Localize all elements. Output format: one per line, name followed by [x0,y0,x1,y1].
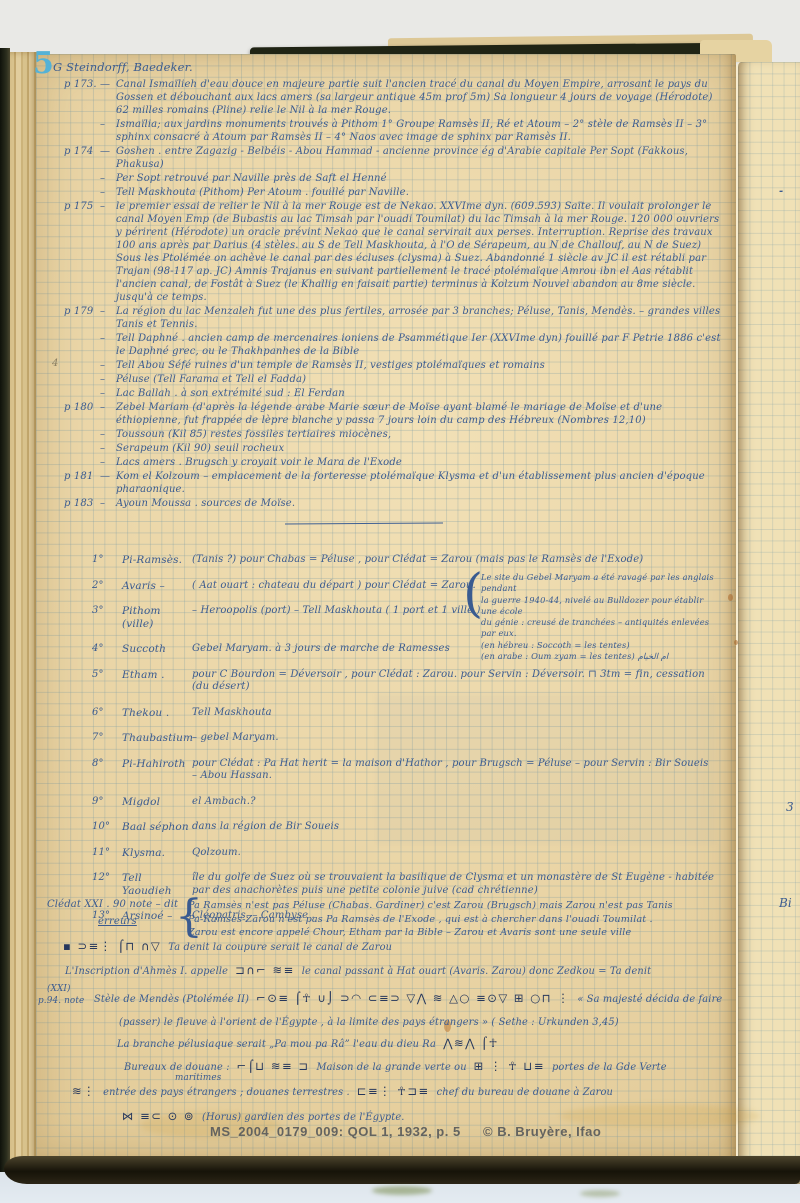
hiero-text: Stèle de Mendès (Ptolémée II) [94,994,249,1005]
note-text: Goshen . entre Zagazig - Belbéis - Abou … [116,145,724,171]
note-row: –Tell Daphné . ancien camp de mercenaire… [64,332,724,358]
note-page-ref: p 174 [64,145,100,171]
note-text: Lacs amers . Brugsch y croyait voir le M… [116,456,724,469]
note-row: p 183–Ayoun Moussa . sources de Moïse. [64,497,724,510]
note-row: –Tell Abou Séfé ruines d'un temple de Ra… [64,359,724,372]
page-header: G Steindorff, Baedeker. [53,60,193,74]
note-text: Zebel Mariam (d'après la légende arabe M… [116,401,724,427]
toponym-name: Succoth [122,643,192,656]
note-text: Per Sopt retrouvé par Naville près de Sa… [116,172,724,185]
cledat-line: Zarou est encore appelé Chour, Etham par… [188,926,728,940]
note-row: p 173.—Canal Ismaïlieh d'eau douce en ma… [64,78,724,117]
note-dash: – [100,373,116,386]
note-page-ref: p 179 [64,305,100,331]
margin-note: ( Le site du Gebel Maryam a été ravagé p… [473,572,721,662]
note-row: p 181—Kom el Kolzoum – emplacement de la… [64,470,724,496]
note-text: Tell Maskhouta (Pithom) Per Atoum . foui… [116,186,724,199]
cledat-intro: Clédat XXI . 90 note – dit [47,899,178,910]
toponym-name: Thaubastium [122,732,192,745]
note-text: le premier essai de relier le Nil à la m… [116,200,724,304]
cledat-line: Pa Ramsès n'est pas Péluse (Chabas. Gard… [188,899,728,913]
hieroglyph-group: ⋀≋⋀ ⌠☥ [443,1036,499,1050]
margin-note-line: du génie : creusé de tranchées – antiqui… [481,617,721,640]
note-row: –Lacs amers . Brugsch y croyait voir le … [64,456,724,469]
note-page-ref: p 183 [64,497,100,510]
hiero-text: Maison de la grande verte ou [316,1062,466,1073]
note-row: p 175–le premier essai de relier le Nil … [64,200,724,304]
note-text: Ayoun Moussa . sources de Moïse. [116,497,724,510]
toponym-row: 11°Klysma.Qolzoum. [92,847,716,860]
notebook-binding [0,48,10,1172]
toponym-number: 11° [92,847,122,860]
green-smudge [580,1190,620,1197]
notebook-page: G Steindorff, Baedeker. p 173.—Canal Ism… [36,54,736,1158]
note-dash: – [100,428,116,441]
rust-spot [734,640,738,645]
note-page-ref: p 180 [64,401,100,427]
note-row: p 179–La région du lac Menzaleh fut une … [64,305,724,331]
note-row: –Péluse (Tell Farama et Tell el Fadda) [64,373,724,386]
toponym-name: Thekou . [122,707,192,720]
toponym-name: Etham . [122,669,192,694]
margin-note-line: Le site du Gebel Maryam a été ravagé par… [481,572,721,595]
note-dash: – [100,172,116,185]
note-page-ref [64,387,100,400]
toponym-row: 1°Pi-Ramsès.(Tanis ?) pour Chabas = Pélu… [92,554,716,567]
note-page-ref [64,456,100,469]
hiero-text: portes de la Gde Verte [552,1062,667,1073]
cledat-lines: Pa Ramsès n'est pas Péluse (Chabas. Gard… [188,899,728,940]
note-dash: – [100,186,116,199]
toponym-number: 8° [92,758,122,783]
note-row: –Serapeum (Kil 90) seuil rocheux [64,442,724,455]
rust-spot [728,594,733,601]
note-text: Lac Ballah . à son extrémité sud : El Fe… [116,387,724,400]
maritimes-label: maritimes [175,1073,221,1083]
note-page-ref [64,172,100,185]
note-page-ref: p 181 [64,470,100,496]
note-page-ref: p 175 [64,200,100,304]
hiero-text: « Sa majesté décida de faire [577,994,722,1005]
note-text: Serapeum (Kil 90) seuil rocheux [116,442,724,455]
note-dash: – [100,497,116,510]
baedeker-notes: p 173.—Canal Ismaïlieh d'eau douce en ma… [64,78,724,511]
margin-note-line: la guerre 1940-44, nivelé au Bulldozer p… [481,595,721,618]
toponym-number: 1° [92,554,122,567]
note-dash: – [100,401,116,427]
note-page-ref [64,186,100,199]
note-dash: – [100,442,116,455]
page-stack-left-edge [10,52,38,1164]
green-smudge [372,1186,432,1195]
hiero-line: ≋⋮entrée des pays étrangers ; douanes te… [67,1085,615,1099]
hiero-text: Bureaux de douane : [124,1062,230,1073]
hiero-line: L'Inscription d'Ahmès I. appelle⊐∩⌐ ≋≡le… [63,964,653,978]
note-text: Tell Daphné . ancien camp de mercenaires… [116,332,724,358]
hiero-line: (passer) le fleuve à l'orient de l'Égypt… [117,1016,621,1029]
toponym-name: Migdol [122,796,192,809]
xxi-label: (XXI) [47,984,71,994]
note-text: Kom el Kolzoum – emplacement de la forte… [116,470,724,496]
toponym-number: 6° [92,707,122,720]
toponym-name: Avaris – [122,580,192,593]
margin-mark-right-dash: - [779,186,783,197]
note-page-ref [64,442,100,455]
note-row: –Ismaïlia; aux jardins monuments trouvés… [64,118,724,144]
hieroglyph-group: ⊞ ⋮ ☥ ⊔≡ [474,1059,545,1073]
hiero-text: (passer) le fleuve à l'orient de l'Égypt… [119,1017,619,1028]
note-dash: – [100,387,116,400]
caption-id: MS_2004_0179_009: QOL 1, 1932, p. 5 [210,1124,461,1139]
section-divider [285,522,443,524]
toponym-number: 10° [92,821,122,834]
note-text: Péluse (Tell Farama et Tell el Fadda) [116,373,724,386]
note-page-ref [64,332,100,358]
hieroglyph-group: ⌐⊙≡ ⌠☥ ∪⌡ ⊃◠ ⊂≡⊃ ▽⋀ ≋ △○ ≡⊙▽ ⊞ ○⊓ ⋮ [256,991,570,1005]
cledat-erreurs-label: erreurs [98,916,137,927]
margin-mark-right-bi: Bi [779,896,792,910]
margin-note-line: (en hébreu : Soccoth = les tentes) [481,640,721,651]
note-row: –Tell Maskhouta (Pithom) Per Atoum . fou… [64,186,724,199]
hiero-text: chef du bureau de douane à Zarou [437,1087,613,1098]
toponym-desc: pour Clédat : Pa Hat herit = la maison d… [192,758,716,783]
margin-mark-left: 4 [52,358,58,369]
toponym-name: Klysma. [122,847,192,860]
toponym-name: Pithom (ville) [122,605,192,630]
toponym-number: 5° [92,669,122,694]
hiero-text: L'Inscription d'Ahmès I. appelle [65,966,228,977]
toponym-row: 5°Etham .pour C Bourdon = Déversoir , po… [92,669,716,694]
toponym-desc: île du golfe de Suez où se trouvaient la… [192,872,716,897]
toponym-number: 2° [92,580,122,593]
toponym-desc: el Ambach.? [192,796,716,809]
toponym-desc: dans la région de Bir Soueis [192,821,716,834]
hiero-line: Stèle de Mendès (Ptolémée II)⌐⊙≡ ⌠☥ ∪⌡ ⊃… [92,992,724,1006]
note-text: Toussoun (Kil 85) restes fossiles tertia… [116,428,724,441]
note-dash: — [100,145,116,171]
margin-mark-right-3: 3 [786,800,794,814]
cledat-block: Clédat XXI . 90 note – dit erreurs { Pa … [36,899,736,949]
adjacent-page-edge [736,62,800,1184]
cledat-line: Pa-Ramsès-Zarou n'est pas Pa Ramsès de l… [188,913,728,927]
note-row: –Toussoun (Kil 85) restes fossiles terti… [64,428,724,441]
hieroglyph-group: ⌐⌠⊔ ≋≡ ⊐ [237,1059,310,1073]
caption-credit: © B. Bruyère, Ifao [483,1124,601,1139]
toponym-name: Pi-Ramsès. [122,554,192,567]
toponym-desc: pour C Bourdon = Déversoir , pour Clédat… [192,669,716,694]
note-dash: – [100,359,116,372]
hiero-text: entrée des pays étrangers ; douanes terr… [103,1087,350,1098]
margin-note-line: (en arabe : Oum zyam = les tentes) ام ال… [481,651,721,662]
toponym-row: 9°Migdolel Ambach.? [92,796,716,809]
hieroglyph-group: ⊏≡⋮ ☥⊐≡ [357,1084,430,1098]
margin-note-lines: Le site du Gebel Maryam a été ravagé par… [481,572,721,662]
note-dash: – [100,200,116,304]
p94-label: p.94. note [38,996,84,1006]
note-dash: – [100,332,116,358]
rust-spot [444,1020,451,1032]
toponym-row: 8°Pi-Hahirothpour Clédat : Pa Hat herit … [92,758,716,783]
toponym-number: 7° [92,732,122,745]
toponym-name: Baal séphon [122,821,192,834]
note-page-ref [64,428,100,441]
toponym-desc: Qolzoum. [192,847,716,860]
hiero-text: La branche pélusiaque serait „Pa mou pa … [117,1039,436,1050]
toponym-number: 9° [92,796,122,809]
note-dash: – [100,305,116,331]
folio-number: 5 [33,46,54,81]
note-dash: – [100,118,116,144]
note-text: Ismaïlia; aux jardins monuments trouvés … [116,118,724,144]
margin-note-brace: ( [463,568,483,620]
note-text: Tell Abou Séfé ruines d'un temple de Ram… [116,359,724,372]
toponym-desc: Tell Maskhouta [192,707,716,720]
note-text: La région du lac Menzaleh fut une des pl… [116,305,724,331]
note-dash: — [100,470,116,496]
toponym-row: 6°Thekou .Tell Maskhouta [92,707,716,720]
hieroglyph-group: ⊐∩⌐ ≋≡ [235,963,295,977]
toponym-desc: – gebel Maryam. [192,732,716,745]
toponym-number: 3° [92,605,122,630]
note-page-ref: p 173. [64,78,100,117]
toponym-number: 4° [92,643,122,656]
toponym-row: 10°Baal séphondans la région de Bir Soue… [92,821,716,834]
note-row: –Lac Ballah . à son extrémité sud : El F… [64,387,724,400]
toponym-row: 7°Thaubastium– gebel Maryam. [92,732,716,745]
note-page-ref [64,373,100,386]
toponym-number: 12° [92,872,122,897]
note-row: –Per Sopt retrouvé par Naville près de S… [64,172,724,185]
bottom-cover-edge [4,1156,800,1184]
note-dash: – [100,456,116,469]
note-dash: — [100,78,116,117]
note-page-ref [64,359,100,372]
hiero-text: le canal passant à Hat ouart (Avaris. Za… [302,966,652,977]
hiero-line: Bureaux de douane :⌐⌠⊔ ≋≡ ⊐Maison de la … [122,1060,669,1074]
note-page-ref [64,118,100,144]
toponym-desc: (Tanis ?) pour Chabas = Péluse , pour Cl… [192,554,716,567]
note-text: Canal Ismaïlieh d'eau douce en majeure p… [116,78,724,117]
note-row: p 174—Goshen . entre Zagazig - Belbéis -… [64,145,724,171]
note-row: p 180–Zebel Mariam (d'après la légende a… [64,401,724,427]
hiero-line: La branche pélusiaque serait „Pa mou pa … [115,1037,504,1051]
hieroglyph-group: ≋⋮ [72,1084,96,1098]
toponym-name: Pi-Hahiroth [122,758,192,783]
